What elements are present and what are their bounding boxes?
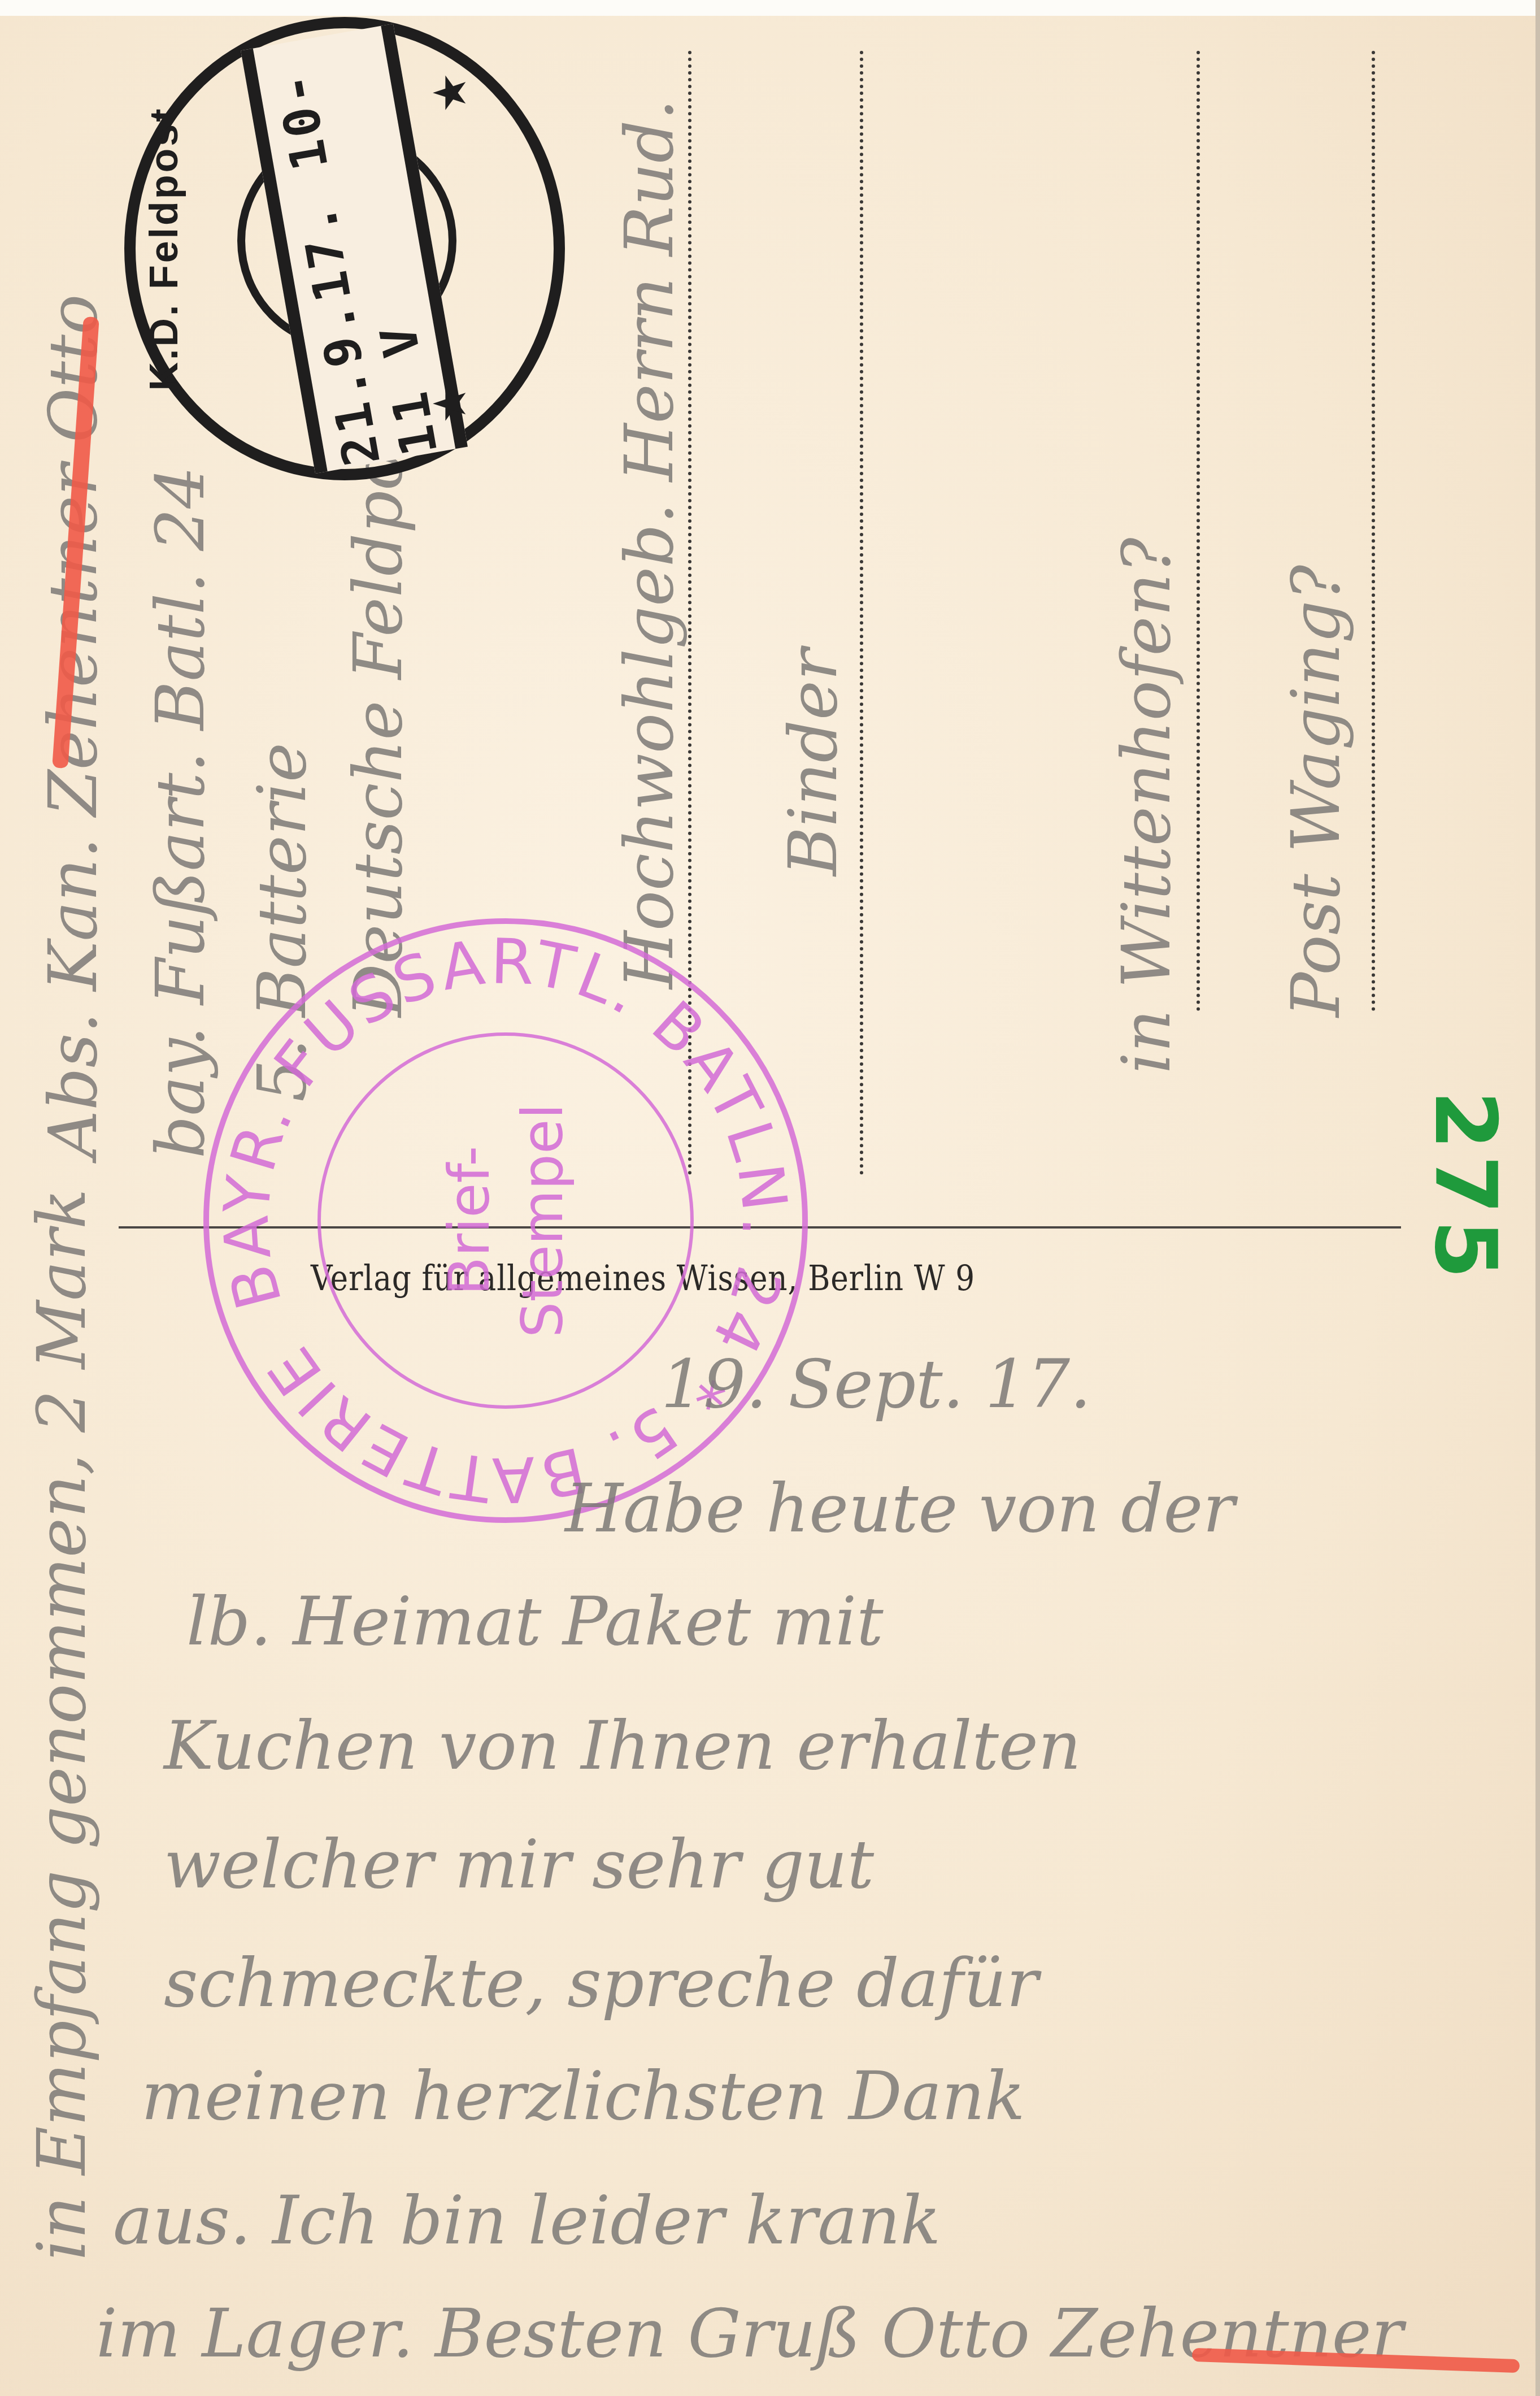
card-right-edge xyxy=(1535,0,1540,2396)
sender-line-1: Abs. Kan. Zehentner Otto xyxy=(34,294,112,1158)
address-line-4 xyxy=(1372,51,1375,1012)
message-line-3: Kuchen von Ihnen erhalten xyxy=(164,1707,1081,1785)
message-line-1: Habe heute von der xyxy=(565,1469,1235,1547)
message-line-6: meinen herzlichsten Dank xyxy=(141,2057,1025,2135)
svg-text:BAYR. FUSSARTL. BATLN. 24 * 5.: BAYR. FUSSARTL. BATLN. 24 * 5. BATTERIE xyxy=(195,910,816,1531)
seal-center-text-2: Stempel xyxy=(510,1104,576,1338)
message-line-7: aus. Ich bin leider krank xyxy=(113,2181,941,2259)
recipient-line-1: Hochwohlgeb. Herrn Rud. xyxy=(610,99,688,989)
postmark-office: K.D. Feldpost xyxy=(141,0,186,497)
recipient-line-3: in Wittenhofen? xyxy=(1107,537,1185,1074)
star-icon: ★ xyxy=(424,72,476,113)
margin-note: in Empfang genommen, 2 Mark xyxy=(23,1188,101,2260)
recipient-line-4: Post Waging? xyxy=(1277,565,1355,1017)
archive-number: 275 xyxy=(1416,1091,1514,1284)
recipient-line-2: Binder xyxy=(774,649,852,876)
address-line-3 xyxy=(1197,51,1200,1012)
seal-graphic: BAYR. FUSSARTL. BATLN. 24 * 5. BATTERIE … xyxy=(195,910,816,1531)
seal-outer-text: BAYR. FUSSARTL. BATLN. 24 * 5. BATTERIE xyxy=(195,910,816,1531)
address-line-2 xyxy=(860,51,863,1175)
message-line-2: lb. Heimat Paket mit xyxy=(186,1582,884,1660)
message-dateline: 19. Sept. 17. xyxy=(661,1345,1091,1423)
feldpost-postmark: K.D. Feldpost 21.9.17. 10-11 V ★ ★ xyxy=(107,0,582,497)
seal-center-text-1: Brief- xyxy=(436,1146,502,1296)
star-icon: ★ xyxy=(424,383,476,424)
unit-seal-stamp: BAYR. FUSSARTL. BATLN. 24 * 5. BATTERIE … xyxy=(195,910,816,1531)
message-line-4: welcher mir sehr gut xyxy=(164,1825,874,1903)
message-line-5: schmeckte, spreche dafür xyxy=(164,1944,1038,2022)
